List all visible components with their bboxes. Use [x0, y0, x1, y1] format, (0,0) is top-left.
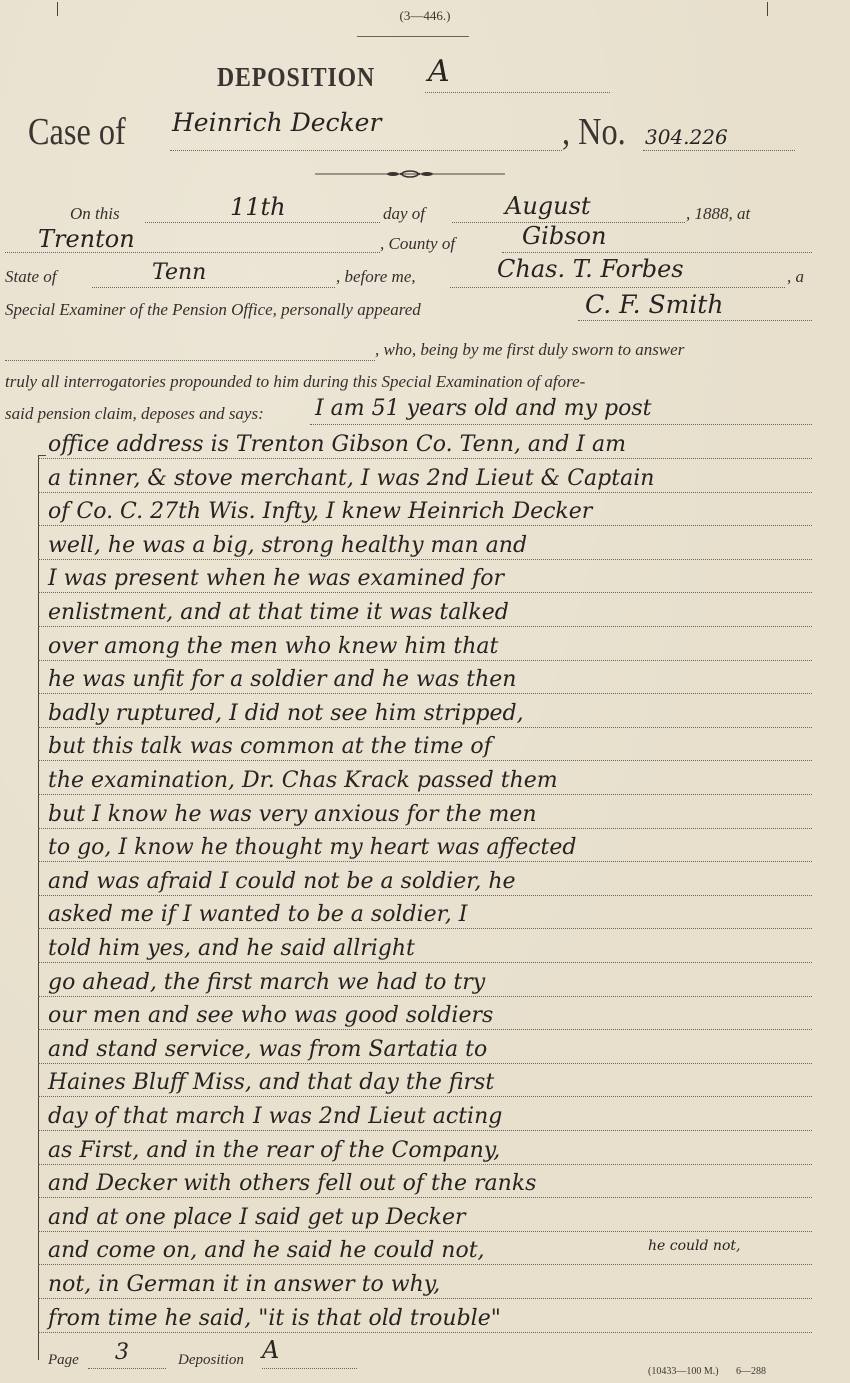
testimony-row: asked me if I wanted to be a soldier, I: [0, 902, 850, 932]
county-value: Gibson: [522, 222, 606, 250]
divider: [357, 36, 469, 37]
testimony-line: go ahead, the first march we had to try: [48, 970, 485, 995]
ruled-line: [38, 525, 812, 526]
testimony-line: Haines Bluff Miss, and that day the firs…: [48, 1070, 494, 1095]
testimony-row: but I know he was very anxious for the m…: [0, 802, 850, 832]
fill-line: [92, 287, 335, 288]
day-value: 11th: [230, 193, 286, 221]
footer-page-label: Page: [48, 1352, 79, 1369]
testimony-row: Haines Bluff Miss, and that day the firs…: [0, 1070, 850, 1100]
testimony-row: office address is Trenton Gibson Co. Ten…: [0, 432, 850, 462]
ruled-line: [38, 861, 812, 862]
testimony-line: told him yes, and he said allright: [48, 936, 415, 961]
testimony-line: to go, I know he thought my heart was af…: [48, 835, 577, 860]
ruled-line: [38, 1231, 812, 1232]
fill-line: [643, 150, 795, 151]
fill-line: [88, 1368, 166, 1369]
page-title: DEPOSITION: [217, 62, 375, 93]
deposition-letter: A: [428, 54, 450, 89]
testimony-row: go ahead, the first march we had to try: [0, 970, 850, 1000]
place-value: Trenton: [38, 225, 135, 253]
testimony-line: of Co. C. 27th Wis. Infty, I knew Heinri…: [48, 499, 592, 524]
case-label: Case of: [28, 110, 126, 154]
form-code: (3—446.): [0, 8, 850, 24]
year-label: , 1888, at: [686, 204, 750, 224]
testimony-line: the examination, Dr. Chas Krack passed t…: [48, 768, 558, 793]
label-on-this: On this: [70, 204, 120, 224]
testimony-row: and stand service, was from Sartatia to: [0, 1037, 850, 1067]
testimony-row: enlistment, and at that time it was talk…: [0, 600, 850, 630]
testimony-line: asked me if I wanted to be a soldier, I: [48, 902, 467, 927]
page-number: 3: [115, 1340, 129, 1365]
testimony-line: but this talk was common at the time of: [48, 734, 492, 759]
month-value: August: [505, 192, 591, 220]
print-code: (10433—100 M.): [648, 1366, 719, 1377]
testimony-line: from time he said, "it is that old troub…: [48, 1306, 501, 1331]
fill-line: [502, 252, 812, 253]
testimony-row: and Decker with others fell out of the r…: [0, 1171, 850, 1201]
fill-line: [5, 360, 375, 361]
examiner-title: Special Examiner of the Pension Office, …: [5, 300, 421, 320]
ruled-line: [38, 458, 812, 459]
testimony-row: a tinner, & stove merchant, I was 2nd Li…: [0, 466, 850, 496]
a-label: , a: [787, 267, 804, 287]
testimony-row: as First, and in the rear of the Company…: [0, 1138, 850, 1168]
testimony-line: a tinner, & stove merchant, I was 2nd Li…: [48, 466, 654, 491]
fill-line: [170, 150, 562, 151]
ruled-line: [38, 828, 812, 829]
ruled-line: [38, 693, 812, 694]
testimony-line: as First, and in the rear of the Company…: [48, 1138, 500, 1163]
case-number-label: , No.: [562, 110, 626, 154]
testimony-row: and was afraid I could not be a soldier,…: [0, 869, 850, 899]
testimony-line: he was unfit for a soldier and he was th…: [48, 667, 516, 692]
fill-line: [425, 92, 610, 93]
examiner-name: Chas. T. Forbes: [497, 255, 684, 283]
ruled-line: [38, 1164, 812, 1165]
ruled-line: [38, 1130, 812, 1131]
sheet-code: 6—288: [736, 1366, 766, 1377]
testimony-row: well, he was a big, strong healthy man a…: [0, 533, 850, 563]
ruled-line: [38, 895, 812, 896]
testimony-row: he was unfit for a soldier and he was th…: [0, 667, 850, 697]
ruled-line: [38, 928, 812, 929]
ruled-line: [38, 660, 812, 661]
said-text: said pension claim, deposes and says:: [5, 404, 264, 424]
testimony-row: but this talk was common at the time of: [0, 734, 850, 764]
testimony-row: badly ruptured, I did not see him stripp…: [0, 701, 850, 731]
testimony-row: the examination, Dr. Chas Krack passed t…: [0, 768, 850, 798]
testimony-line: I am 51 years old and my post: [315, 396, 651, 421]
testimony-line: but I know he was very anxious for the m…: [48, 802, 537, 827]
testimony-row: over among the men who knew him that: [0, 634, 850, 664]
ruled-line: [38, 794, 812, 795]
testimony-line: well, he was a big, strong healthy man a…: [48, 533, 527, 558]
testimony-line: badly ruptured, I did not see him stripp…: [48, 701, 524, 726]
fill-line: [578, 320, 812, 321]
testimony-row: and at one place I said get up Decker: [0, 1205, 850, 1235]
county-label: , County of: [380, 234, 455, 254]
state-value: Tenn: [152, 260, 206, 285]
testimony-line: over among the men who knew him that: [48, 634, 498, 659]
testimony-row: from time he said, "it is that old troub…: [0, 1306, 850, 1336]
testimony-row: not, in German it in answer to why,: [0, 1272, 850, 1302]
fill-line: [450, 287, 785, 288]
testimony-row: our men and see who was good soldiers: [0, 1003, 850, 1033]
deponent-name: C. F. Smith: [585, 290, 723, 319]
ruled-line: [38, 1332, 812, 1333]
testimony-row: I was present when he was examined for: [0, 566, 850, 596]
interlinear-note: he could not,: [648, 1238, 740, 1254]
case-number: 304.226: [645, 125, 728, 149]
case-name: Heinrich Decker: [172, 108, 381, 137]
testimony-line: and come on, and he said he could not,: [48, 1238, 485, 1263]
document-page: (3—446.) DEPOSITION A Case of Heinrich D…: [0, 0, 850, 1383]
testimony-line: I was present when he was examined for: [48, 566, 504, 591]
testimony-line: and was afraid I could not be a soldier,…: [48, 869, 516, 894]
testimony-row: to go, I know he thought my heart was af…: [0, 835, 850, 865]
ruled-line: [38, 1029, 812, 1030]
testimony-row: day of that march I was 2nd Lieut acting: [0, 1104, 850, 1134]
state-label: State of: [5, 267, 56, 287]
ruled-line: [38, 1063, 812, 1064]
testimony-line: and Decker with others fell out of the r…: [48, 1171, 536, 1196]
ruled-line: [38, 760, 812, 761]
footer-deposition-letter: A: [262, 1336, 279, 1364]
ruled-line: [38, 1197, 812, 1198]
before-me-label: , before me,: [336, 267, 416, 287]
ruled-line: [38, 1096, 812, 1097]
ruled-line: [38, 592, 812, 593]
ruled-line: [38, 1298, 812, 1299]
fill-line: [310, 424, 812, 425]
ruled-line: [38, 727, 812, 728]
ruled-line: [38, 559, 812, 560]
testimony-row: told him yes, and he said allright: [0, 936, 850, 966]
ornament-divider: [315, 167, 505, 181]
testimony-line: and stand service, was from Sartatia to: [48, 1037, 487, 1062]
testimony-line: not, in German it in answer to why,: [48, 1272, 440, 1297]
ruled-line: [38, 492, 812, 493]
testimony-line: office address is Trenton Gibson Co. Ten…: [48, 432, 626, 457]
testimony-line: enlistment, and at that time it was talk…: [48, 600, 509, 625]
ruled-line: [38, 626, 812, 627]
sworn-text: , who, being by me first duly sworn to a…: [375, 340, 684, 360]
testimony-row: of Co. C. 27th Wis. Infty, I knew Heinri…: [0, 499, 850, 529]
testimony-line: day of that march I was 2nd Lieut acting: [48, 1104, 502, 1129]
fill-line: [145, 222, 380, 223]
footer-deposition-label: Deposition: [178, 1352, 244, 1369]
ruled-line: [38, 996, 812, 997]
ruled-line: [38, 962, 812, 963]
label-day-of: day of: [383, 204, 425, 224]
testimony-line: our men and see who was good soldiers: [48, 1003, 493, 1028]
fill-line: [262, 1368, 357, 1369]
truly-text: truly all interrogatories propounded to …: [5, 372, 585, 392]
testimony-line: and at one place I said get up Decker: [48, 1205, 466, 1230]
ruled-line: [38, 1264, 812, 1265]
